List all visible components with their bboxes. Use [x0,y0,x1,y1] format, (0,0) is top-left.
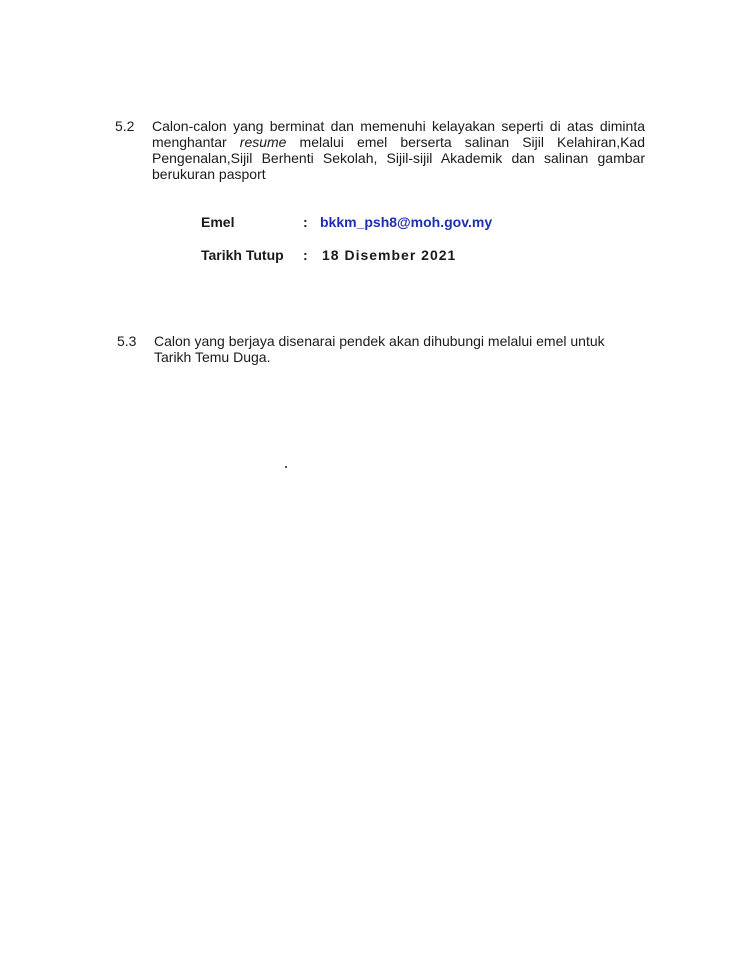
text-run: menghantar [152,134,240,150]
section-number: 5.2 [115,118,134,134]
closing-date-value: 18 Disember 2021 [322,247,456,263]
body-line: Calon yang berjaya disenarai pendek akan… [154,333,624,349]
section-number: 5.3 [117,333,136,349]
body-line: Tarikh Temu Duga. [154,349,624,365]
contact-info: Emel : bkkm_psh8@moh.gov.my Tarikh Tutup… [201,214,521,274]
body-line: menghantar resume melalui emel berserta … [152,134,645,150]
body-line: Calon-calon yang berminat dan memenuhi k… [152,118,645,134]
italic-term: resume [240,134,287,150]
email-colon: : [303,214,308,230]
text-run: melalui emel berserta salinan Sijil Kela… [286,134,645,150]
email-link[interactable]: bkkm_psh8@moh.gov.my [320,214,492,230]
body-line: berukuran pasport [152,166,645,182]
body-line: Pengenalan,Sijil Berhenti Sekolah, Sijil… [152,150,645,166]
closing-date-label: Tarikh Tutup [201,247,284,263]
section-body: Calon-calon yang berminat dan memenuhi k… [152,118,645,182]
stray-dot [285,466,287,468]
section-body: Calon yang berjaya disenarai pendek akan… [154,333,624,365]
closing-date-colon: : [303,247,308,263]
email-label: Emel [201,214,234,230]
